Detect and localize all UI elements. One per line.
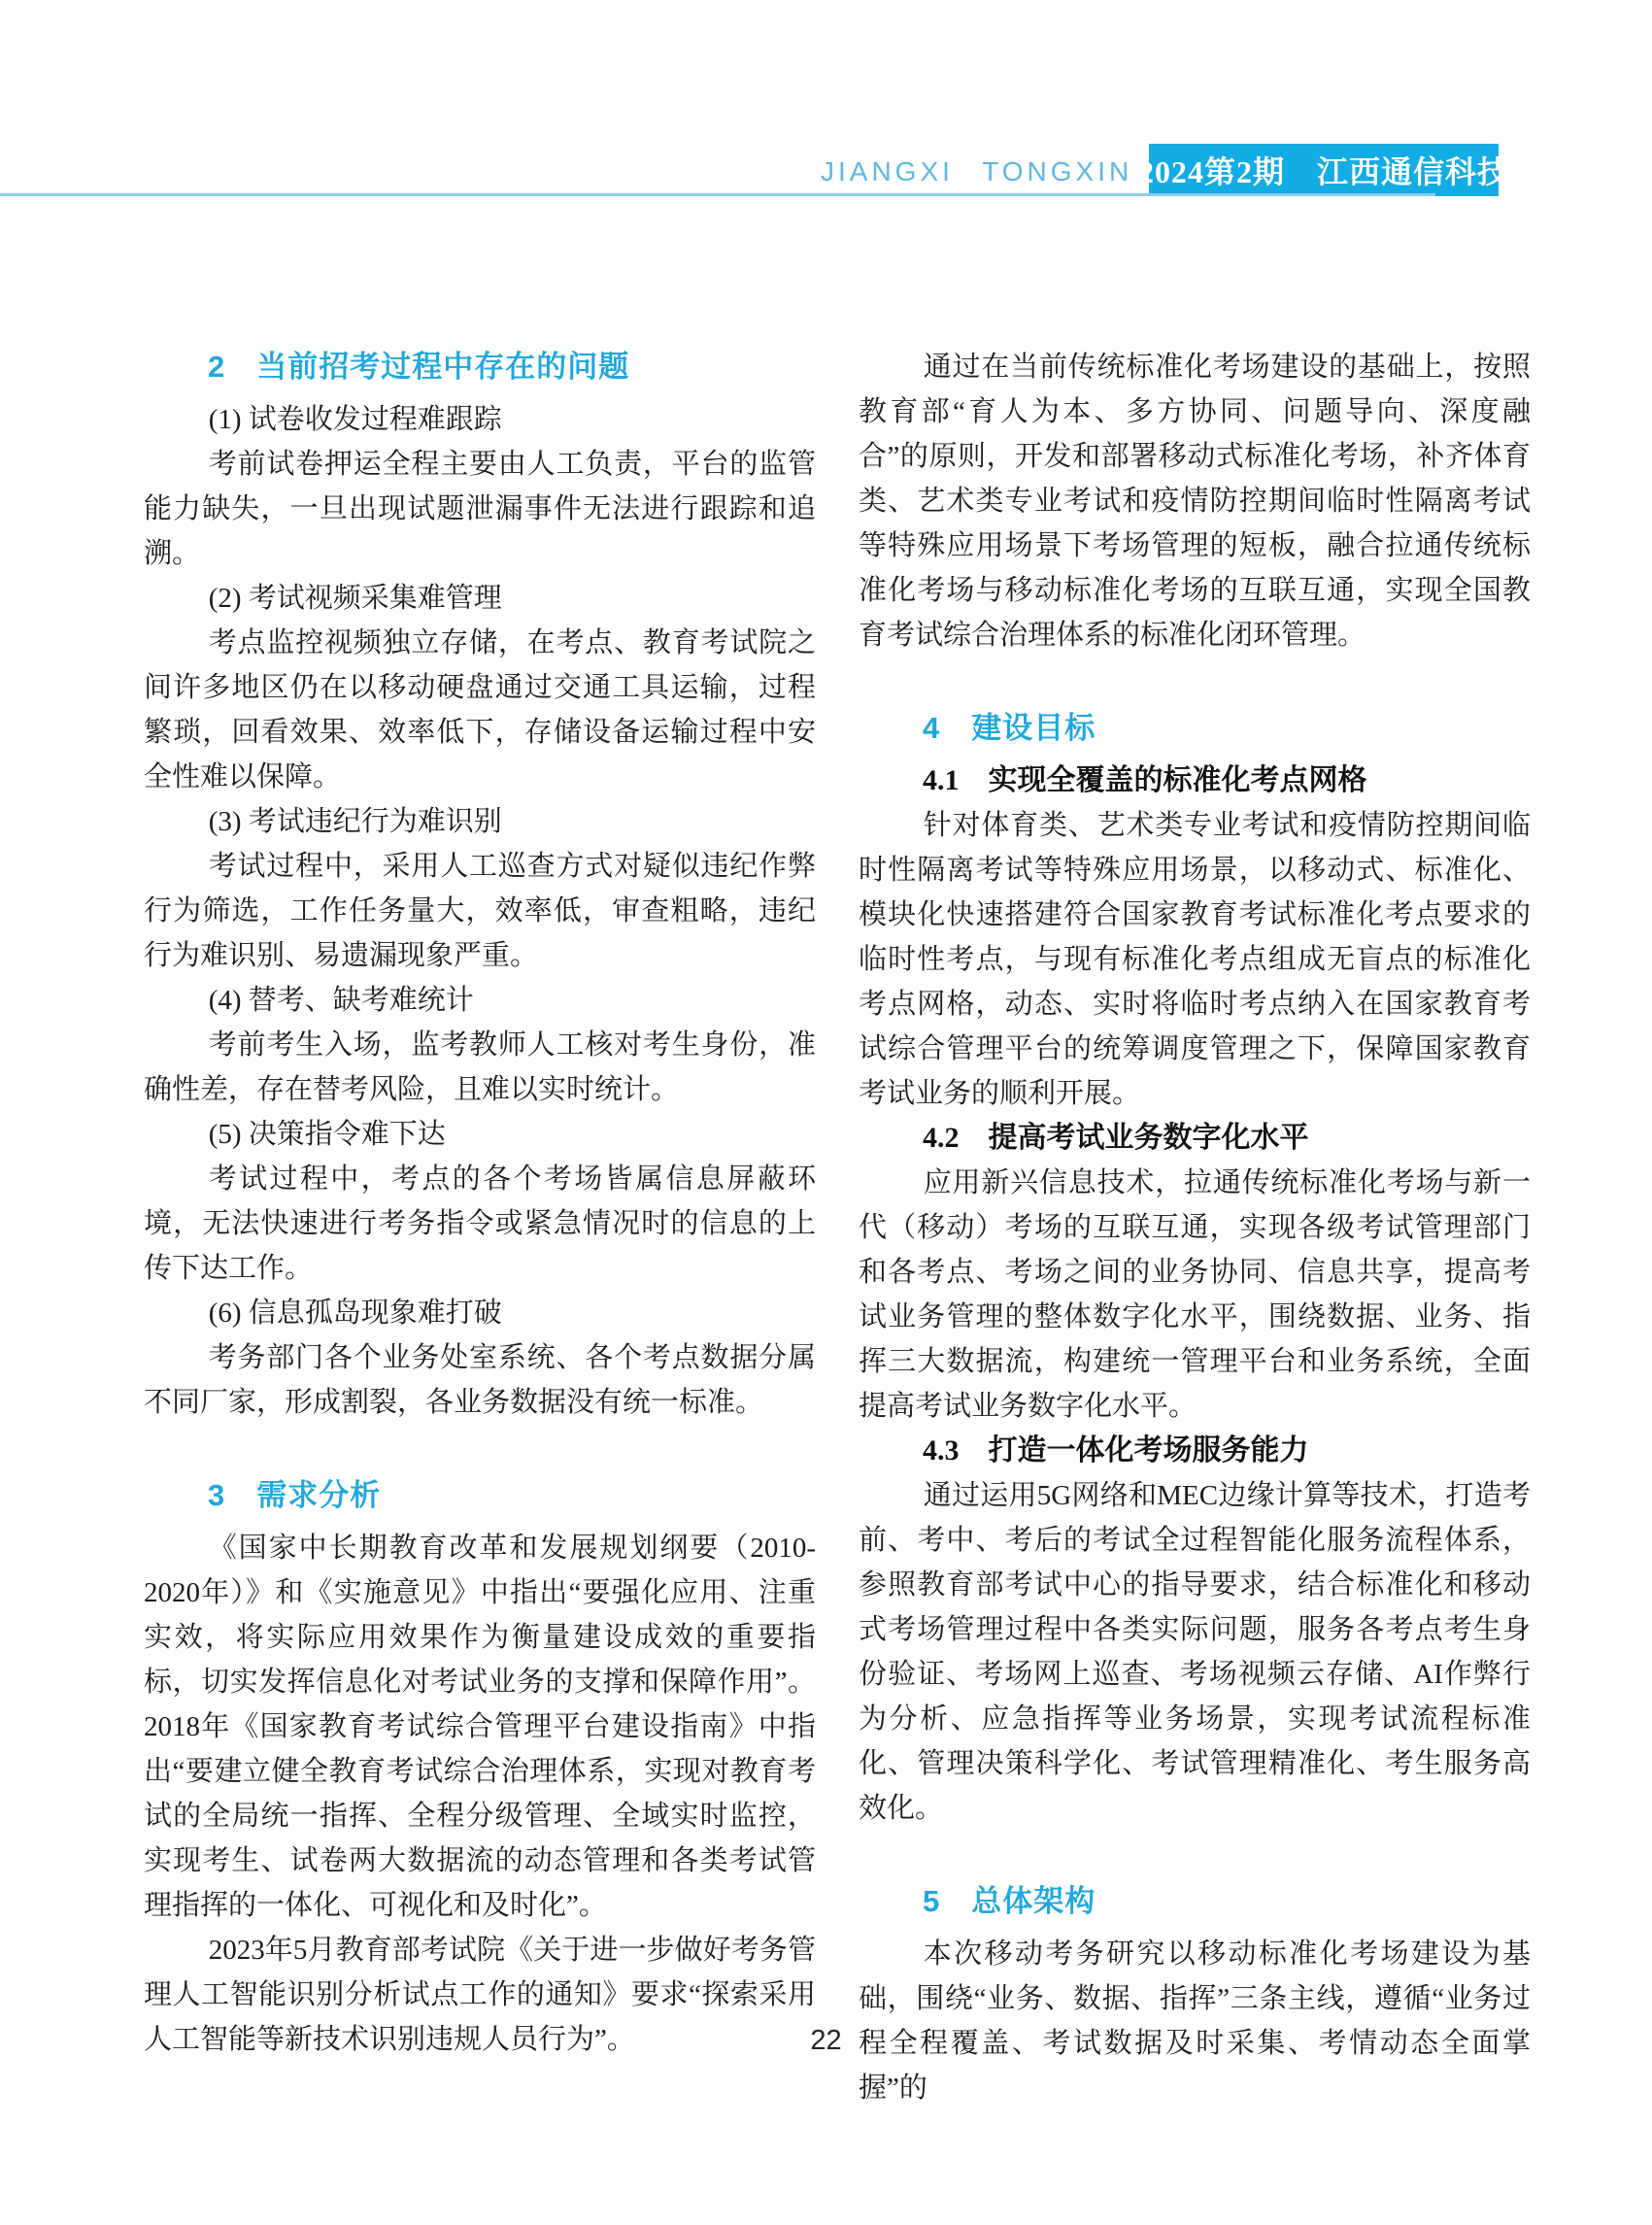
paragraph: 考前试卷押运全程主要由人工负责，平台的监管能力缺失，一旦出现试题泄漏事件无法进行… — [144, 442, 816, 576]
journal-page: { "colors": { "accent_box": "#14ace4", "… — [0, 0, 1652, 2225]
item-heading: (2) 考试视频采集难管理 — [144, 576, 816, 621]
left-column: 2 当前招考过程中存在的问题 (1) 试卷收发过程难跟踪 考前试卷押运全程主要由… — [144, 345, 816, 2062]
item-heading: (5) 决策指令难下达 — [144, 1112, 816, 1157]
paragraph: 《国家中长期教育改革和发展规划纲要（2010-2020年）》和《实施意见》中指出… — [144, 1526, 816, 1928]
section-heading-5: 5 总体架构 — [859, 1879, 1531, 1924]
page-number: 22 — [0, 2025, 1652, 2057]
paragraph: 考前考生入场，监考教师人工核对考生身份，准确性差，存在替考风险，且难以实时统计。 — [144, 1023, 816, 1112]
item-heading: (6) 信息孤岛现象难打破 — [144, 1291, 816, 1335]
subsection-heading-4-2: 4.2 提高考试业务数字化水平 — [859, 1116, 1531, 1161]
paragraph: 应用新兴信息技术，拉通传统标准化考场与新一代（移动）考场的互联互通，实现各级考试… — [859, 1161, 1531, 1429]
paragraph: 通过在当前传统标准化考场建设的基础上，按照教育部“育人为本、多方协同、问题导向、… — [859, 345, 1531, 657]
paragraph: 针对体育类、艺术类专业考试和疫情防控期间临时性隔离考试等特殊应用场景，以移动式、… — [859, 803, 1531, 1116]
section-heading-2: 2 当前招考过程中存在的问题 — [144, 345, 816, 389]
paragraph: 考务部门各个业务处室系统、各个考点数据分属不同厂家，形成割裂，各业务数据没有统一… — [144, 1335, 816, 1425]
subsection-heading-4-1: 4.1 实现全覆盖的标准化考点网格 — [859, 759, 1531, 803]
paragraph: 通过运用5G网络和MEC边缘计算等技术，打造考前、考中、考后的考试全过程智能化服… — [859, 1473, 1531, 1831]
issue-badge: 2024第2期 江西通信科技 — [1149, 144, 1499, 196]
section-heading-4: 4 建设目标 — [859, 706, 1531, 751]
subsection-heading-4-3: 4.3 打造一体化考场服务能力 — [859, 1429, 1531, 1473]
item-heading: (3) 考试违纪行为难识别 — [144, 799, 816, 844]
header-rule — [0, 193, 1435, 196]
item-heading: (1) 试卷收发过程难跟踪 — [144, 397, 816, 442]
section-heading-3: 3 需求分析 — [144, 1473, 816, 1518]
paragraph: 考点监控视频独立存储，在考点、教育考试院之间许多地区仍在以移动硬盘通过交通工具运… — [144, 621, 816, 799]
paragraph: 本次移动考务研究以移动标准化考场建设为基础，围绕“业务、数据、指挥”三条主线，遵… — [859, 1932, 1531, 2110]
paragraph: 考试过程中，采用人工巡查方式对疑似违纪作弊行为筛选，工作任务量大，效率低，审查粗… — [144, 844, 816, 978]
right-column: 通过在当前传统标准化考场建设的基础上，按照教育部“育人为本、多方协同、问题导向、… — [859, 345, 1531, 2110]
paragraph: 考试过程中，考点的各个考场皆属信息屏蔽环境，无法快速进行考务指令或紧急情况时的信… — [144, 1157, 816, 1291]
item-heading: (4) 替考、缺考难统计 — [144, 978, 816, 1023]
